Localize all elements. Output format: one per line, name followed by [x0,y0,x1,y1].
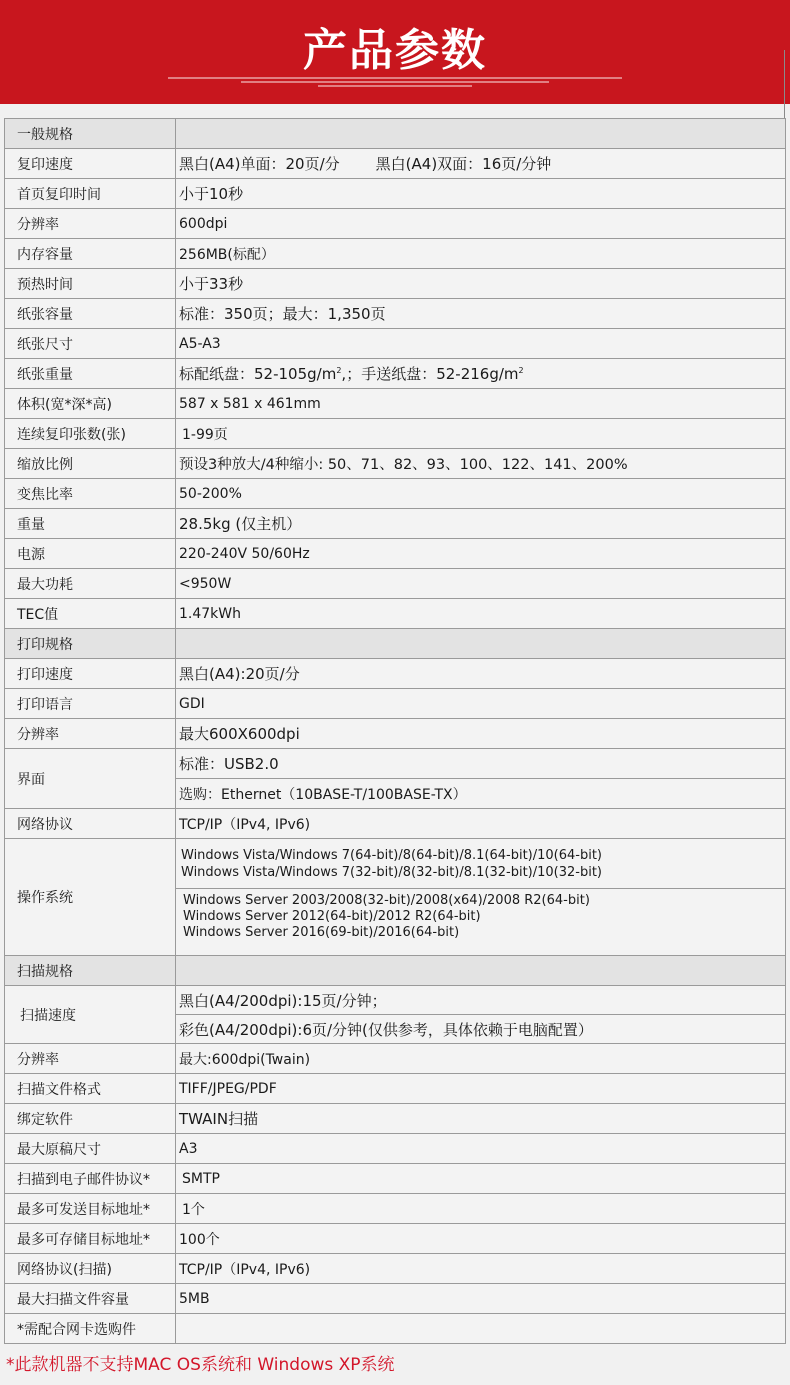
table-row: 首页复印时间小于10秒 [5,179,786,209]
table-row: 操作系统 Windows Vista/Windows 7(64-bit)/8(6… [5,839,786,889]
table-row: TEC值1.47kWh [5,599,786,629]
spec-value: TCP/IP（IPv4, IPv6) [176,1254,786,1284]
spec-label: 纸张尺寸 [5,329,176,359]
spec-label: 纸张重量 [5,359,176,389]
spec-value: 小于33秒 [176,269,786,299]
table-row: 体积(宽*深*高)587 x 581 x 461mm [5,389,786,419]
spec-label: 最大功耗 [5,569,176,599]
spec-value: 256MB(标配） [176,239,786,269]
spec-value [176,1314,786,1344]
table-row: 变焦比率50-200% [5,479,786,509]
spec-value: 标准：350页；最大：1,350页 [176,299,786,329]
spec-value: 选购：Ethernet（10BASE-T/100BASE-TX） [176,779,786,809]
spec-label: *需配合网卡选购件 [5,1314,176,1344]
table-row: 电源220-240V 50/60Hz [5,539,786,569]
spec-label: 重量 [5,509,176,539]
section-row-print: 打印规格 [5,629,786,659]
spec-value: 1-99页 [176,419,786,449]
spec-value: 100个 [176,1224,786,1254]
spec-label: 预热时间 [5,269,176,299]
spec-value: TWAIN扫描 [176,1104,786,1134]
spec-value: 黑白(A4/200dpi):15页/分钟； [176,986,786,1015]
section-row-scan: 扫描规格 [5,956,786,986]
table-row: 打印语言GDI [5,689,786,719]
spec-label: 首页复印时间 [5,179,176,209]
section-title: 一般规格 [5,119,176,149]
table-row: 最多可存储目标地址*100个 [5,1224,786,1254]
table-row: 纸张容量标准：350页；最大：1,350页 [5,299,786,329]
spec-value: 587 x 581 x 461mm [176,389,786,419]
spec-value: 最大600X600dpi [176,719,786,749]
spec-value: 最大:600dpi(Twain) [176,1044,786,1074]
spec-label: 分辨率 [5,1044,176,1074]
table-row: 扫描文件格式TIFF/JPEG/PDF [5,1074,786,1104]
spec-value: A3 [176,1134,786,1164]
spec-label: 最多可发送目标地址* [5,1194,176,1224]
spec-value: GDI [176,689,786,719]
spec-label: 纸张容量 [5,299,176,329]
spec-label: 分辨率 [5,719,176,749]
table-row: *需配合网卡选购件 [5,1314,786,1344]
spec-value: 50-200% [176,479,786,509]
spec-label: 缩放比例 [5,449,176,479]
section-title: 扫描规格 [5,956,176,986]
table-row: 网络协议TCP/IP（IPv4, IPv6) [5,809,786,839]
table-row: 预热时间小于33秒 [5,269,786,299]
page-title: 产品参数 [0,14,790,78]
spec-label: 打印速度 [5,659,176,689]
table-row: 绑定软件TWAIN扫描 [5,1104,786,1134]
table-row: 扫描速度 黑白(A4/200dpi):15页/分钟； [5,986,786,1015]
spec-label: 扫描文件格式 [5,1074,176,1104]
table-row: 复印速度 黑白(A4)单面：20页/分黑白(A4)双面：16页/分钟 [5,149,786,179]
table-row: 连续复印张数(张)1-99页 [5,419,786,449]
spec-value: A5-A3 [176,329,786,359]
spec-label: 扫描到电子邮件协议* [5,1164,176,1194]
decorative-subtitle-lines [168,77,622,89]
table-row: 缩放比例预设3种放大/4种缩小: 50、71、82、93、100、122、141… [5,449,786,479]
spec-value: TCP/IP（IPv4, IPv6) [176,809,786,839]
spec-table: 一般规格 复印速度 黑白(A4)单面：20页/分黑白(A4)双面：16页/分钟 … [4,118,786,1344]
table-row: 最多可发送目标地址*1个 [5,1194,786,1224]
spec-label: 体积(宽*深*高) [5,389,176,419]
spec-label: 操作系统 [5,839,176,956]
spec-label: 最大扫描文件容量 [5,1284,176,1314]
table-row: 打印速度黑白(A4):20页/分 [5,659,786,689]
spec-value-os-server: Windows Server 2003/2008(32-bit)/2008(x6… [176,889,786,956]
spec-label: 电源 [5,539,176,569]
table-row: 内存容量256MB(标配） [5,239,786,269]
table-row: 纸张尺寸A5-A3 [5,329,786,359]
table-row: 纸张重量 标配纸盘：52-105g/m2,；手送纸盘：52-216g/m2 [5,359,786,389]
spec-label: 界面 [5,749,176,809]
spec-value: 28.5kg (仅主机） [176,509,786,539]
table-row: 分辨率最大:600dpi(Twain) [5,1044,786,1074]
spec-label: 扫描速度 [5,986,176,1044]
spec-value: 小于10秒 [176,179,786,209]
spec-label: TEC值 [5,599,176,629]
spec-label: 最多可存储目标地址* [5,1224,176,1254]
spec-value: 220-240V 50/60Hz [176,539,786,569]
spec-value: 标配纸盘：52-105g/m2,；手送纸盘：52-216g/m2 [176,359,786,389]
spec-label: 绑定软件 [5,1104,176,1134]
spec-value: TIFF/JPEG/PDF [176,1074,786,1104]
table-row: 分辨率最大600X600dpi [5,719,786,749]
spec-label: 分辨率 [5,209,176,239]
spec-value: 标准：USB2.0 [176,749,786,779]
spec-value: <950W [176,569,786,599]
spec-label: 变焦比率 [5,479,176,509]
section-row-general: 一般规格 [5,119,786,149]
spec-value: 600dpi [176,209,786,239]
spec-value: 黑白(A4)单面：20页/分黑白(A4)双面：16页/分钟 [176,149,786,179]
section-title: 打印规格 [5,629,176,659]
spec-value: SMTP [176,1164,786,1194]
compatibility-footnote: *此款机器不支持MAC OS系统和 Windows XP系统 [6,1350,395,1375]
spec-value: 预设3种放大/4种缩小: 50、71、82、93、100、122、141、200… [176,449,786,479]
spec-value: 彩色(A4/200dpi):6页/分钟(仅供参考，具体依赖于电脑配置） [176,1015,786,1044]
spec-label: 复印速度 [5,149,176,179]
spec-value: 1.47kWh [176,599,786,629]
spec-label: 网络协议 [5,809,176,839]
spec-value: 5MB [176,1284,786,1314]
spec-label: 连续复印张数(张) [5,419,176,449]
spec-value: 黑白(A4):20页/分 [176,659,786,689]
table-row: 最大原稿尺寸A3 [5,1134,786,1164]
spec-value-os-desktop: Windows Vista/Windows 7(64-bit)/8(64-bit… [176,839,786,889]
table-row: 界面 标准：USB2.0 [5,749,786,779]
table-row: 最大功耗<950W [5,569,786,599]
spec-label: 内存容量 [5,239,176,269]
spec-value: 1个 [176,1194,786,1224]
table-row: 重量28.5kg (仅主机） [5,509,786,539]
spec-label: 打印语言 [5,689,176,719]
header-banner: 产品参数 [0,0,790,104]
table-row: 扫描到电子邮件协议*SMTP [5,1164,786,1194]
spec-label: 网络协议(扫描) [5,1254,176,1284]
spec-label: 最大原稿尺寸 [5,1134,176,1164]
table-row: 最大扫描文件容量5MB [5,1284,786,1314]
table-row: 分辨率600dpi [5,209,786,239]
table-row: 网络协议(扫描)TCP/IP（IPv4, IPv6) [5,1254,786,1284]
